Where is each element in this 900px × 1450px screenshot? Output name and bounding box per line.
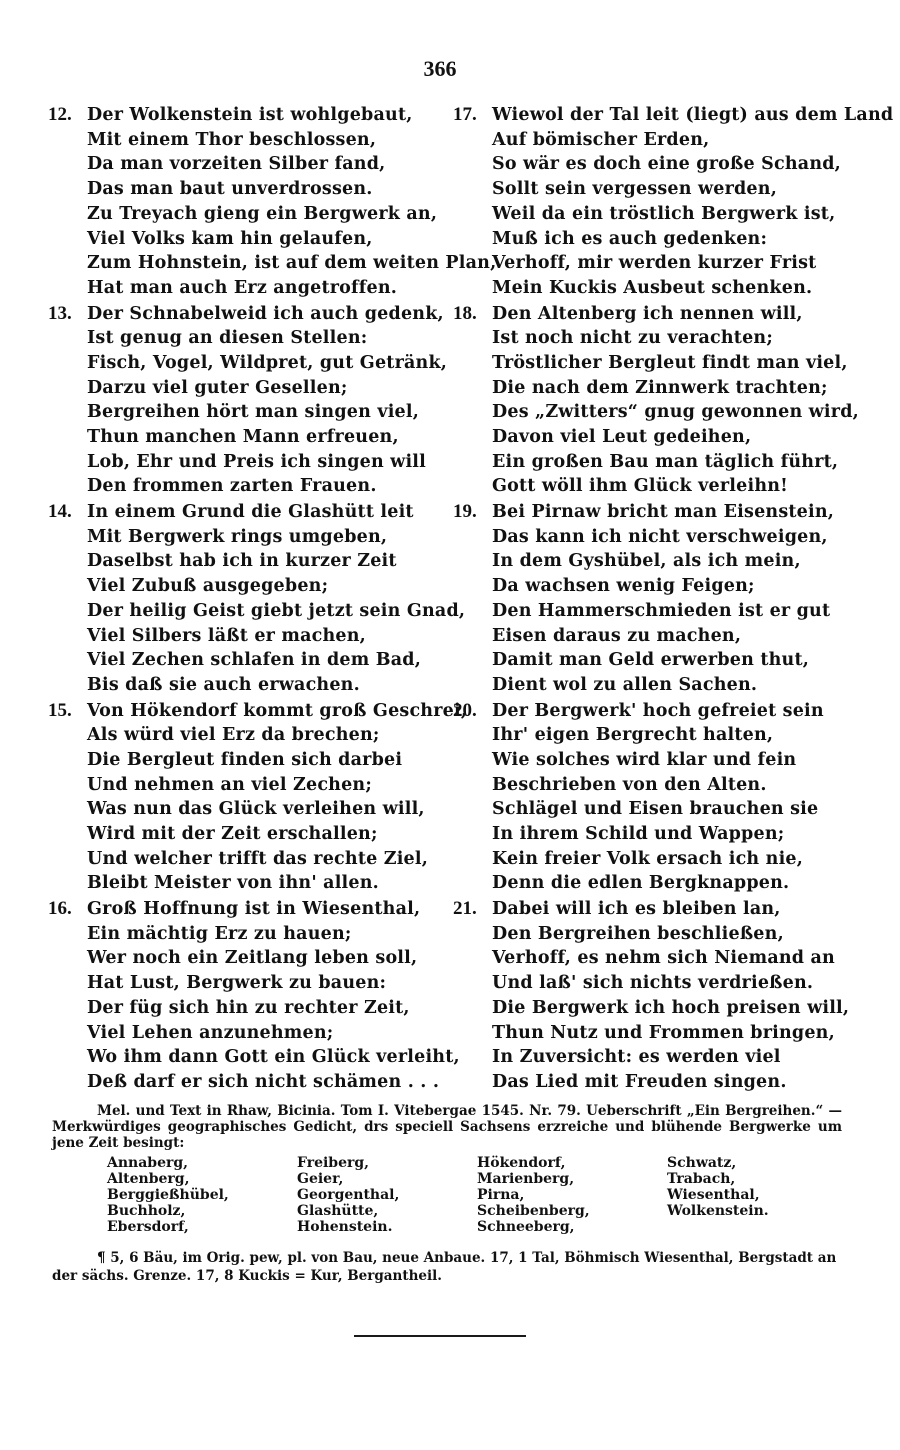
stanza-14: 14. In einem Grund die Glashütt leit Mit…	[48, 500, 448, 699]
place-name: Scheibenberg,	[477, 1203, 667, 1219]
place-name	[667, 1219, 847, 1235]
stanza-number: 15.	[48, 699, 72, 724]
verse-line: Das kann ich nicht verschweigen,	[492, 525, 834, 550]
verse-line: Wie solches wird klar und fein	[492, 748, 824, 773]
stanza-lines: Groß Hoffnung ist in Wiesenthal, Ein mäc…	[87, 897, 460, 1095]
verse-line: Mit einem Thor beschlossen,	[87, 128, 496, 153]
page-number: 366	[0, 56, 880, 82]
verse-line: Ein mächtig Erz zu hauen;	[87, 922, 460, 947]
footnote: ¶ 5, 6 Bäu, im Orig. pew, pl. von Bau, n…	[52, 1249, 842, 1285]
stanza-lines: Bei Pirnaw bricht man Eisenstein, Das ka…	[492, 500, 834, 698]
verse-line: Da wachsen wenig Feigen;	[492, 574, 834, 599]
verse-line: Gott wöll ihm Glück verleihn!	[492, 474, 859, 499]
verse-line: Bis daß sie auch erwachen.	[87, 673, 465, 698]
verse-line: Von Hökendorf kommt groß Geschrei,	[87, 699, 467, 724]
verse-line: Ist noch nicht zu verachten;	[492, 326, 859, 351]
verse-line: Der heilig Geist giebt jetzt sein Gnad,	[87, 599, 465, 624]
verse-line: In Zuversicht: es werden viel	[492, 1045, 849, 1070]
stanza-number: 16.	[48, 897, 72, 922]
stanza-19: 19. Bei Pirnaw bricht man Eisenstein, Da…	[453, 500, 853, 699]
verse-line: Den Hammerschmieden ist er gut	[492, 599, 834, 624]
verse-line: Zu Treyach gieng ein Bergwerk an,	[87, 202, 496, 227]
left-column: 12. Der Wolkenstein ist wohlgebaut, Mit …	[48, 103, 448, 1096]
stanza-15: 15. Von Hökendorf kommt groß Geschrei, A…	[48, 699, 448, 898]
verse-line: Den Bergreihen beschließen,	[492, 922, 849, 947]
verse-line: Viel Zechen schlafen in dem Bad,	[87, 648, 465, 673]
verse-line: Als würd viel Erz da brechen;	[87, 723, 467, 748]
verse-line: Mein Kuckis Ausbeut schenken.	[492, 276, 893, 301]
stanza-12: 12. Der Wolkenstein ist wohlgebaut, Mit …	[48, 103, 448, 302]
verse-line: Denn die edlen Bergknappen.	[492, 871, 824, 896]
verse-line: Und welcher trifft das rechte Ziel,	[87, 847, 467, 872]
verse-line: So wär es doch eine große Schand,	[492, 152, 893, 177]
verse-line: Bergreihen hört man singen viel,	[87, 400, 447, 425]
place-name: Glashütte,	[297, 1203, 477, 1219]
stanza-lines: Wiewol der Tal leit (liegt) aus dem Land…	[492, 103, 893, 301]
verse-line: Viel Lehen anzunehmen;	[87, 1021, 460, 1046]
stanza-13: 13. Der Schnabelweid ich auch gedenk, Is…	[48, 302, 448, 501]
verse-line: Viel Zubuß ausgegeben;	[87, 574, 465, 599]
verse-line: Thun Nutz und Frommen bringen,	[492, 1021, 849, 1046]
verse-line: Hat Lust, Bergwerk zu bauen:	[87, 971, 460, 996]
verse-line: Den Altenberg ich nennen will,	[492, 302, 859, 327]
verse-line: Muß ich es auch gedenken:	[492, 227, 893, 252]
verse-line: Der Bergwerk' hoch gefreiet sein	[492, 699, 824, 724]
verse-line: Davon viel Leut gedeihen,	[492, 425, 859, 450]
verse-line: Den frommen zarten Frauen.	[87, 474, 447, 499]
place-name: Annaberg,	[107, 1155, 297, 1171]
verse-line: Verhoff, mir werden kurzer Frist	[492, 251, 893, 276]
verse-line: Wer noch ein Zeitlang leben soll,	[87, 946, 460, 971]
verse-line: Des „Zwitters“ gnug gewonnen wird,	[492, 400, 859, 425]
verse-line: Ein großen Bau man täglich führt,	[492, 450, 859, 475]
verse-line: Wird mit der Zeit erschallen;	[87, 822, 467, 847]
verse-line: Der Schnabelweid ich auch gedenk,	[87, 302, 447, 327]
verse-line: Wo ihm dann Gott ein Glück verleiht,	[87, 1045, 460, 1070]
source-note: Mel. und Text in Rhaw, Bicinia. Tom I. V…	[52, 1103, 842, 1151]
verse-line: Der füg sich hin zu rechter Zeit,	[87, 996, 460, 1021]
verse-line: Was nun das Glück verleihen will,	[87, 797, 467, 822]
verse-line: Und laß' sich nichts verdrießen.	[492, 971, 849, 996]
place-name: Geier,	[297, 1171, 477, 1187]
place-name: Buchholz,	[107, 1203, 297, 1219]
verse-line: Eisen daraus zu machen,	[492, 624, 834, 649]
verse-line: Thun manchen Mann erfreuen,	[87, 425, 447, 450]
stanza-lines: Der Wolkenstein ist wohlgebaut, Mit eine…	[87, 103, 496, 301]
place-name: Wolkenstein.	[667, 1203, 847, 1219]
closing-rule	[354, 1335, 526, 1337]
verse-line: In ihrem Schild und Wappen;	[492, 822, 824, 847]
verse-line: Bei Pirnaw bricht man Eisenstein,	[492, 500, 834, 525]
stanza-20: 20. Der Bergwerk' hoch gefreiet sein Ihr…	[453, 699, 853, 898]
place-name: Hohenstein.	[297, 1219, 477, 1235]
verse-line: Bleibt Meister von ihn' allen.	[87, 871, 467, 896]
stanza-number: 13.	[48, 302, 72, 327]
stanza-lines: In einem Grund die Glashütt leit Mit Ber…	[87, 500, 465, 698]
place-name: Schwatz,	[667, 1155, 847, 1171]
verse-line: Wiewol der Tal leit (liegt) aus dem Land	[492, 103, 893, 128]
places-list: Annaberg, Freiberg, Hökendorf, Schwatz, …	[107, 1155, 842, 1235]
place-name: Schneeberg,	[477, 1219, 667, 1235]
verse-line: Deß darf er sich nicht schämen . . .	[87, 1070, 460, 1095]
stanza-lines: Der Schnabelweid ich auch gedenk, Ist ge…	[87, 302, 447, 500]
verse-line: Ist genug an diesen Stellen:	[87, 326, 447, 351]
stanza-lines: Von Hökendorf kommt groß Geschrei, Als w…	[87, 699, 467, 897]
verse-line: Lob, Ehr und Preis ich singen will	[87, 450, 447, 475]
verse-line: Viel Silbers läßt er machen,	[87, 624, 465, 649]
verse-line: Fisch, Vogel, Wildpret, gut Getränk,	[87, 351, 447, 376]
verse-line: Da man vorzeiten Silber fand,	[87, 152, 496, 177]
verse-line: Sollt sein vergessen werden,	[492, 177, 893, 202]
verse-line: Tröstlicher Bergleut findt man viel,	[492, 351, 859, 376]
place-name: Georgenthal,	[297, 1187, 477, 1203]
place-name: Trabach,	[667, 1171, 847, 1187]
stanza-21: 21. Dabei will ich es bleiben lan, Den B…	[453, 897, 853, 1096]
stanza-number: 21.	[453, 897, 477, 922]
stanza-number: 17.	[453, 103, 477, 128]
verse-line: Der Wolkenstein ist wohlgebaut,	[87, 103, 496, 128]
stanza-17: 17. Wiewol der Tal leit (liegt) aus dem …	[453, 103, 853, 302]
verse-line: In einem Grund die Glashütt leit	[87, 500, 465, 525]
verse-line: Damit man Geld erwerben thut,	[492, 648, 834, 673]
stanza-18: 18. Den Altenberg ich nennen will, Ist n…	[453, 302, 853, 501]
verse-line: Die Bergleut finden sich darbei	[87, 748, 467, 773]
verse-line: Dient wol zu allen Sachen.	[492, 673, 834, 698]
place-name: Hökendorf,	[477, 1155, 667, 1171]
verse-line: Dabei will ich es bleiben lan,	[492, 897, 849, 922]
verse-line: Die Bergwerk ich hoch preisen will,	[492, 996, 849, 1021]
verse-line: Und nehmen an viel Zechen;	[87, 773, 467, 798]
verse-line: Das man baut unverdrossen.	[87, 177, 496, 202]
verse-line: Beschrieben von den Alten.	[492, 773, 824, 798]
stanza-lines: Den Altenberg ich nennen will, Ist noch …	[492, 302, 859, 500]
right-column: 17. Wiewol der Tal leit (liegt) aus dem …	[453, 103, 853, 1096]
stanza-number: 20.	[453, 699, 477, 724]
stanza-number: 14.	[48, 500, 72, 525]
place-name: Marienberg,	[477, 1171, 667, 1187]
verse-line: Daselbst hab ich in kurzer Zeit	[87, 549, 465, 574]
place-name: Freiberg,	[297, 1155, 477, 1171]
stanza-number: 19.	[453, 500, 477, 525]
verse-line: Weil da ein tröstlich Bergwerk ist,	[492, 202, 893, 227]
stanza-number: 12.	[48, 103, 72, 128]
verse-line: Das Lied mit Freuden singen.	[492, 1070, 849, 1095]
notes-section: Mel. und Text in Rhaw, Bicinia. Tom I. V…	[52, 1103, 842, 1285]
stanza-16: 16. Groß Hoffnung ist in Wiesenthal, Ein…	[48, 897, 448, 1096]
stanza-lines: Dabei will ich es bleiben lan, Den Bergr…	[492, 897, 849, 1095]
verse-line: Mit Bergwerk rings umgeben,	[87, 525, 465, 550]
verse-line: Groß Hoffnung ist in Wiesenthal,	[87, 897, 460, 922]
verse-line: Ihr' eigen Bergrecht halten,	[492, 723, 824, 748]
verse-line: Hat man auch Erz angetroffen.	[87, 276, 496, 301]
stanza-number: 18.	[453, 302, 477, 327]
place-name: Wiesenthal,	[667, 1187, 847, 1203]
stanza-lines: Der Bergwerk' hoch gefreiet sein Ihr' ei…	[492, 699, 824, 897]
verse-line: Viel Volks kam hin gelaufen,	[87, 227, 496, 252]
verse-line: Auf bömischer Erden,	[492, 128, 893, 153]
place-name: Pirna,	[477, 1187, 667, 1203]
verse-line: Zum Hohnstein, ist auf dem weiten Plan,	[87, 251, 496, 276]
place-name: Ebersdorf,	[107, 1219, 297, 1235]
verse-line: Die nach dem Zinnwerk trachten;	[492, 376, 859, 401]
verse-line: In dem Gyshübel, als ich mein,	[492, 549, 834, 574]
place-name: Berggießhübel,	[107, 1187, 297, 1203]
place-name: Altenberg,	[107, 1171, 297, 1187]
verse-line: Darzu viel guter Gesellen;	[87, 376, 447, 401]
verse-line: Kein freier Volk ersach ich nie,	[492, 847, 824, 872]
verse-line: Schlägel und Eisen brauchen sie	[492, 797, 824, 822]
verse-line: Verhoff, es nehm sich Niemand an	[492, 946, 849, 971]
